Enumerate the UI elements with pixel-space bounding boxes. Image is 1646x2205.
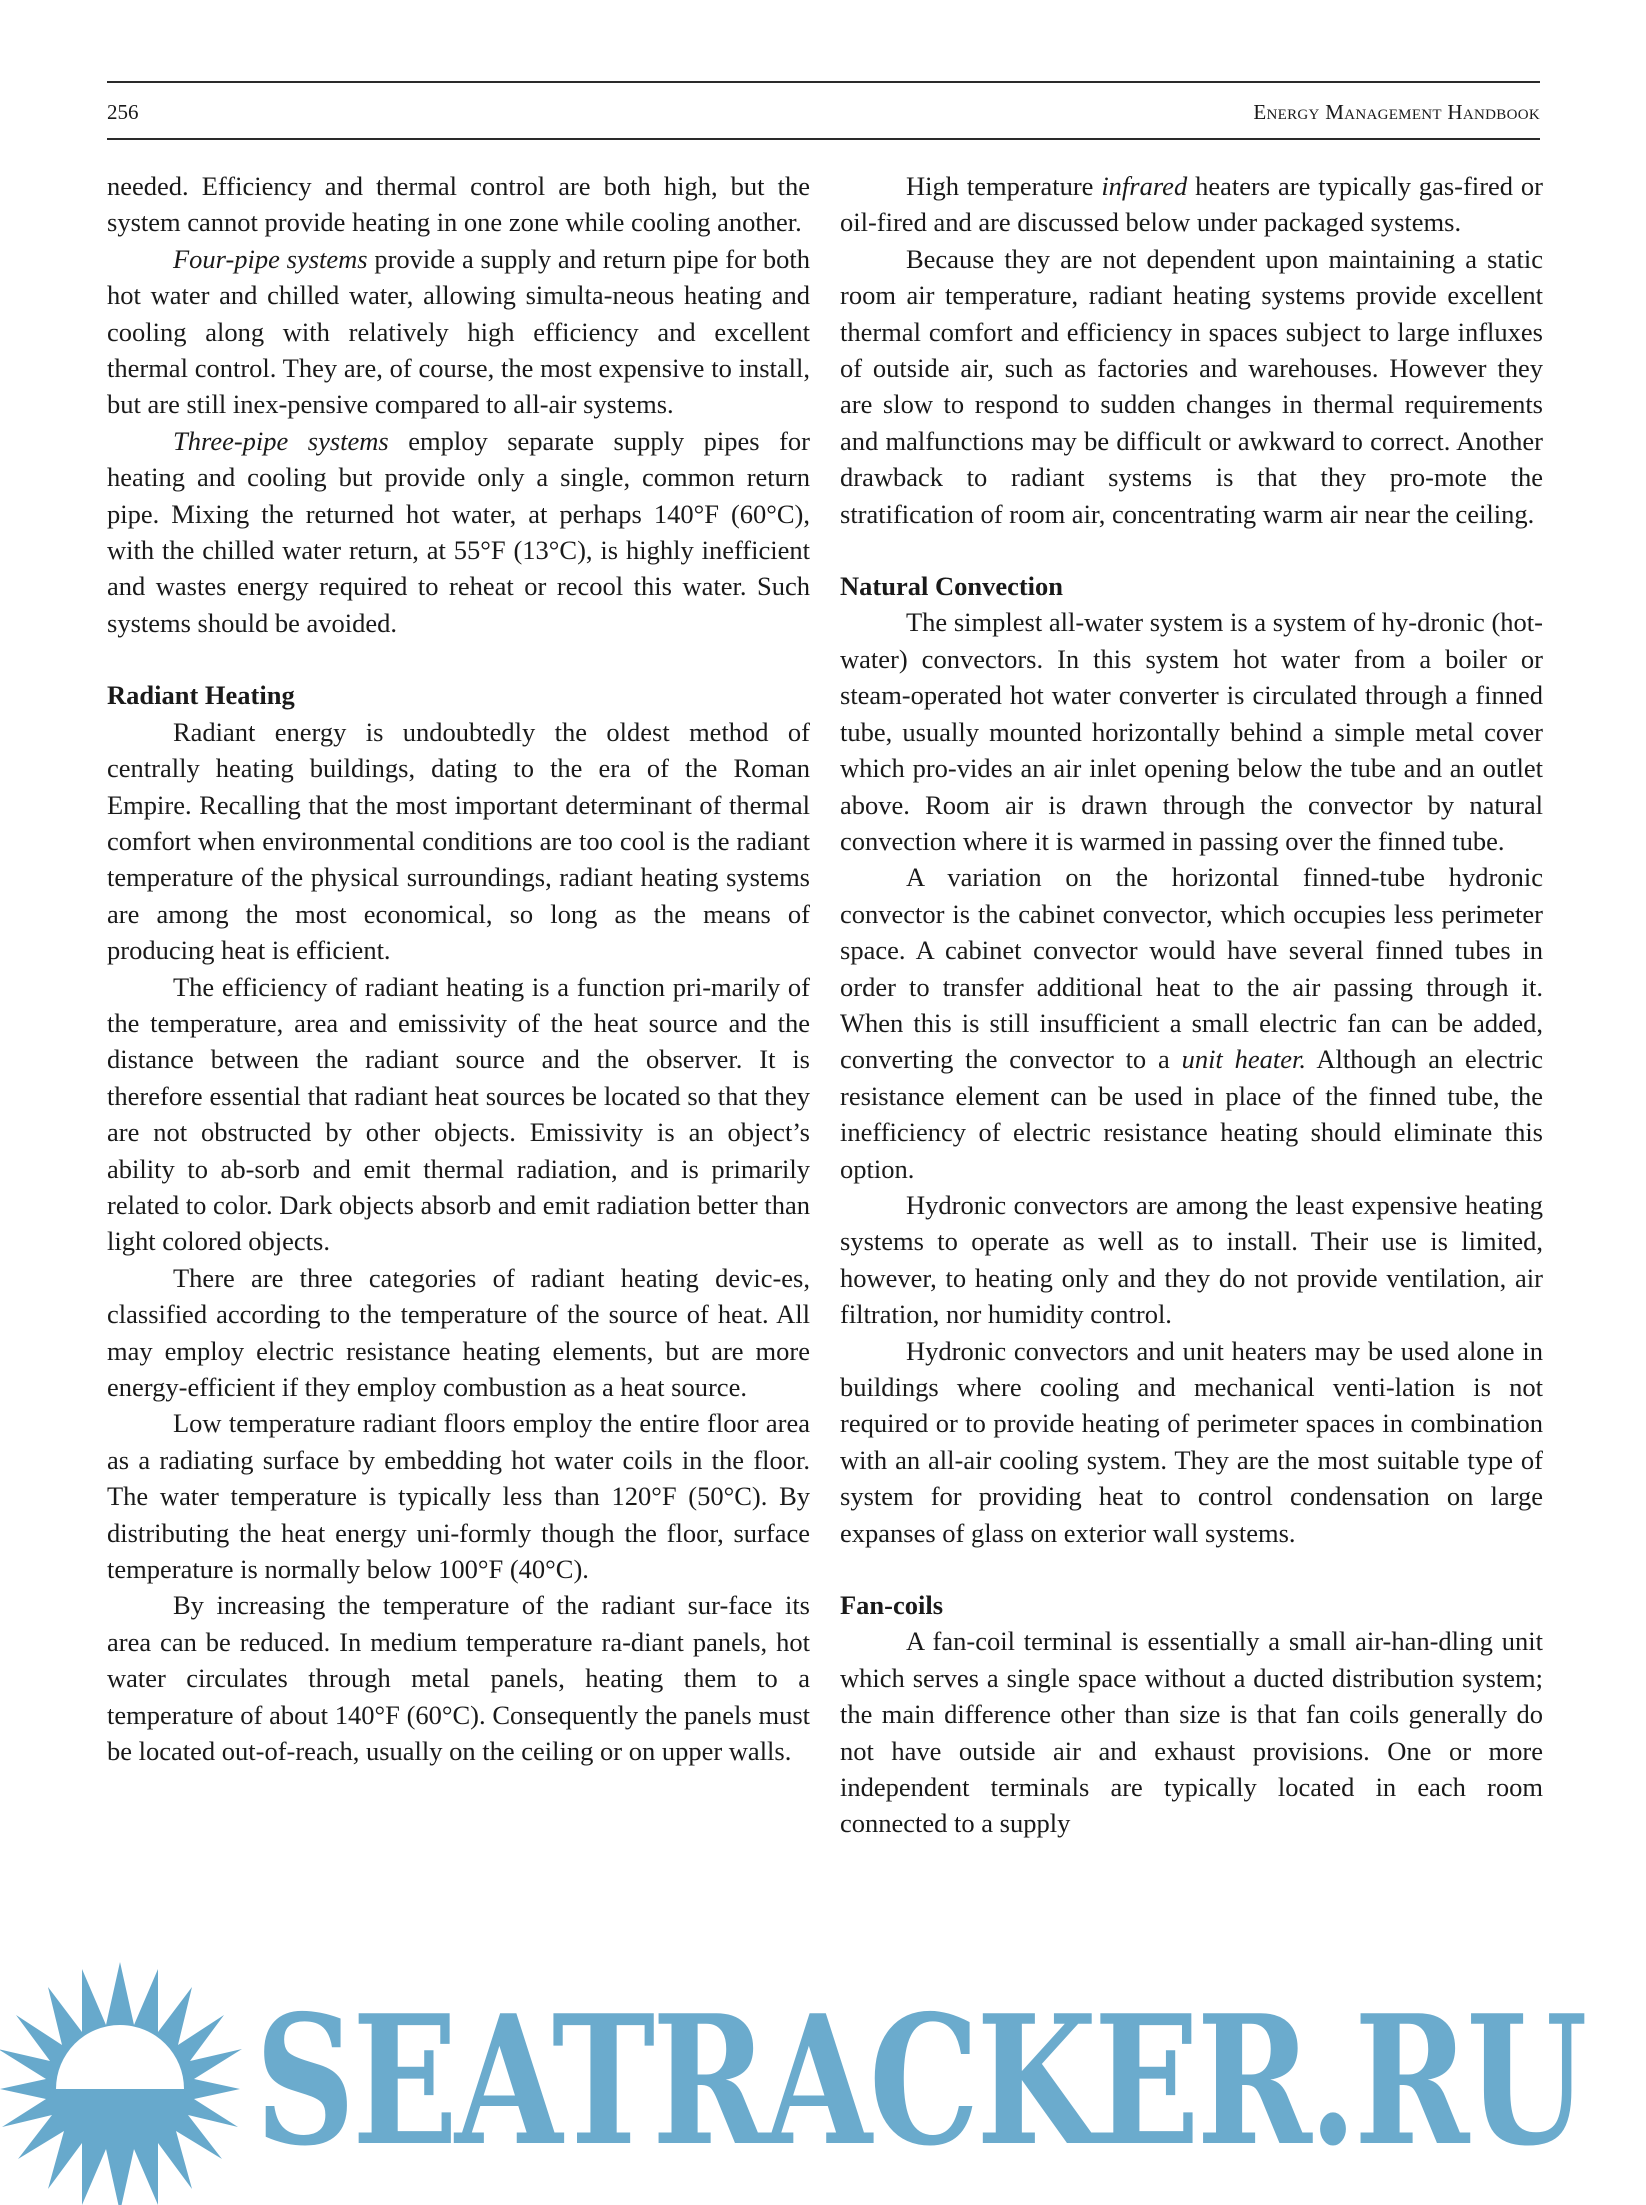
italic-term: infrared [1101, 171, 1187, 201]
paragraph: Radiant energy is undoubtedly the oldest… [107, 714, 810, 969]
paragraph: There are three categories of radiant he… [107, 1260, 810, 1406]
paragraph: Three-pipe systems employ separate suppl… [107, 423, 810, 641]
paragraph: The simplest all-water system is a syste… [840, 604, 1543, 859]
italic-term: Four-pipe systems [173, 244, 368, 274]
left-column: needed. Efficiency and thermal control a… [107, 168, 810, 1769]
header-bottom-rule [107, 138, 1540, 140]
paragraph: High temperature infrared heaters are ty… [840, 168, 1543, 241]
section-heading-radiant-heating: Radiant Heating [107, 677, 810, 713]
section-heading-fan-coils: Fan-coils [840, 1587, 1543, 1623]
running-head: Energy Management Handbook [1253, 100, 1540, 125]
paragraph: By increasing the temperature of the rad… [107, 1587, 810, 1769]
paragraph: Low temperature radiant floors employ th… [107, 1405, 810, 1587]
paragraph: Hydronic convectors and unit heaters may… [840, 1333, 1543, 1551]
paragraph: The efficiency of radiant heating is a f… [107, 969, 810, 1260]
paragraph: A variation on the horizontal finned-tub… [840, 859, 1543, 1187]
page-number: 256 [107, 100, 139, 125]
paragraph: Because they are not dependent upon main… [840, 241, 1543, 532]
italic-term: unit heater. [1182, 1044, 1306, 1074]
section-heading-natural-convection: Natural Convection [840, 568, 1543, 604]
paragraph: needed. Efficiency and thermal control a… [107, 168, 810, 241]
paragraph-text: A variation on the horizontal finned-tub… [840, 862, 1543, 1074]
right-column: High temperature infrared heaters are ty… [840, 168, 1543, 1842]
paragraph-text: High temperature [906, 171, 1101, 201]
paragraph: A fan-coil terminal is essentially a sma… [840, 1623, 1543, 1841]
watermark-text: SEATRACKER.RU [255, 1992, 1584, 2170]
paragraph: Four-pipe systems provide a supply and r… [107, 241, 810, 423]
italic-term: Three-pipe systems [173, 426, 389, 456]
paragraph-text: employ separate supply pipes for heating… [107, 426, 810, 638]
header-top-rule [107, 81, 1540, 83]
paragraph: Hydronic convectors are among the least … [840, 1187, 1543, 1333]
